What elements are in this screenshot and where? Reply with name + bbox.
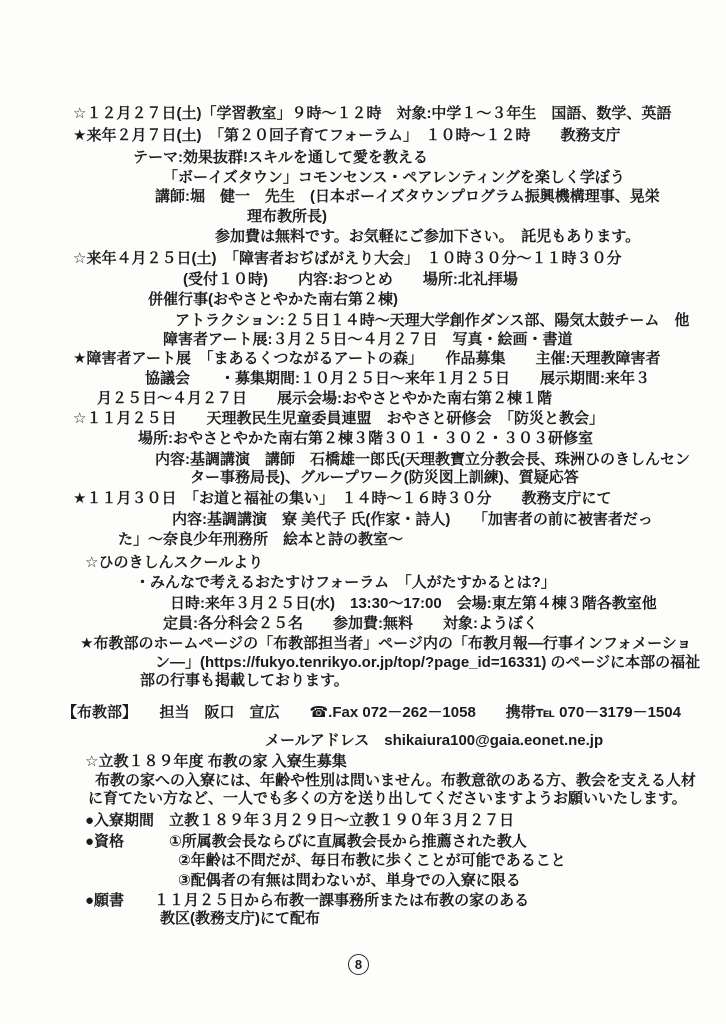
page-number: 8 (348, 954, 369, 975)
doc-line-event-art-exhibition: ★障害者アート展 「まあるくつながるアートの森」 作品募集 主催:天理教障害者 (73, 349, 661, 368)
doc-line-gathering-content: 内容:基調講演 寮 美代子 氏(作家・詩人) 「加害者の前に被害者だっ (172, 510, 653, 529)
doc-line-dormitory-application: ●願書 １１月２５日から布教一課事務所または布教の家のある (85, 891, 529, 910)
doc-line-email-address: メールアドレス shikaiura100@gaia.eonet.ne.jp (265, 731, 603, 750)
doc-line-dormitory-intro-cont: に育てたい方など、一人でも多くの方を送り出してくださいますようお願いいたします。 (88, 789, 687, 808)
doc-line-event-study-class: ☆１２月２７日(土)「学習教室」９時〜１２時 対象:中学１〜３年生 国語、数学、… (73, 104, 671, 123)
doc-line-otasuke-datetime: 日時:来年３月２５日(水) 13:30〜17:00 会場:東左第４棟３階各教室他 (170, 594, 657, 613)
doc-line-dormitory-application-cont: 教区(教務支庁)にて配布 (160, 909, 320, 928)
doc-line-dormitory-qualification2: ②年齢は不問だが、毎日布教に歩くことが可能であること (178, 851, 566, 870)
doc-line-dormitory-period: ●入寮期間 立教１８９年３月２９日〜立教１９０年３月２７日 (85, 811, 514, 830)
doc-line-forum-lecturer-cont: 理布教所長) (247, 207, 327, 226)
doc-line-forum-fee: 参加費は無料です。お気軽にご参加下さい。 託児もあります。 (215, 227, 640, 246)
doc-line-forum-subtitle: 「ボーイズタウン」コモンセンス・ペアレンティングを楽しく学ぼう (163, 168, 625, 187)
doc-line-otasuke-forum: ・みんなで考えるおたすけフォーラム 「人がたすかるとは?」 (135, 573, 556, 592)
doc-line-forum-lecturer: 講師:堀 健一 先生 (日本ボーイズタウンプログラム振興機構理事、晃栄 (155, 187, 660, 206)
doc-line-homepage-note-cont: 部の行事も掲載しております。 (140, 671, 349, 690)
doc-line-event-childcare-forum: ★来年２月７日(土) 「第２０回子育てフォーラム」 １０時〜１２時 教務支庁 (73, 126, 621, 145)
doc-line-art-exhibit-venue: 月２５日〜４月２７日 展示会場:おやさとやかた南右第２棟１階 (97, 389, 552, 408)
doc-line-seminar-content-cont: ター事務局長)、グループワーク(防災図上訓練)、質疑応答 (190, 468, 579, 487)
doc-line-dormitory-intro: 布教の家への入寮には、年齢や性別は問いません。布教意欲のある方、教会を支える人材 (95, 771, 696, 790)
doc-line-missionary-dept-header: 【布教部】 担当 阪口 宣広 ☎.Fax 072－262－1058 携帯℡ 07… (62, 703, 681, 722)
doc-line-homepage-note: ★布教部のホームページの「布教部担当者」ページ内の「布教月報―行事インフォメーシ… (80, 634, 692, 653)
doc-line-hinokishin-school: ☆ひのきしんスクールより (85, 553, 263, 572)
doc-line-event-welfare-gathering: ★１１月３０日 「お道と福祉の集い」 １４時〜１６時３０分 教務支庁にて (73, 489, 611, 508)
doc-line-rally-details: (受付１０時) 内容:おつとめ 場所:北礼拝場 (183, 270, 518, 289)
doc-line-rally-side-events: 併催行事(おやさとやかた南右第２棟) (148, 290, 398, 309)
doc-line-dormitory-recruit-title: ☆立教１８９年度 布教の家 入寮生募集 (85, 752, 347, 771)
doc-line-rally-attraction: アトラクション:２５日１４時〜天理大学創作ダンス部、陽気太鼓チーム 他 (175, 311, 689, 330)
doc-line-art-recruit-period: 協議会 ・募集期間:１０月２５日〜来年１月２５日 展示期間:来年３ (145, 369, 650, 388)
doc-line-event-disability-rally: ☆来年４月２５日(土) 「障害者おぢばがえり大会」 １０時３０分〜１１時３０分 (73, 249, 621, 268)
doc-line-seminar-place: 場所:おやさとやかた南右第２棟３階３０１・３０２・３０３研修室 (138, 429, 593, 448)
doc-line-event-disaster-seminar: ☆１１月２５日 天理教民生児童委員連盟 おやさと研修会 「防災と教会」 (73, 409, 604, 428)
doc-line-gathering-content-cont: た」〜奈良少年刑務所 絵本と詩の教室〜 (118, 530, 403, 549)
doc-line-dormitory-qualification3: ③配偶者の有無は問わないが、単身での入寮に限る (178, 871, 521, 890)
doc-line-homepage-url: ン―」(https://fukyo.tenrikyo.or.jp/top/?pa… (155, 653, 700, 672)
doc-line-otasuke-capacity: 定員:各分科会２５名 参加費:無料 対象:ようぼく (163, 614, 538, 633)
doc-line-dormitory-qualification1: ●資格 ①所属教会長ならびに直属教会長から推薦された教人 (85, 832, 527, 851)
scanned-document-page: ☆１２月２７日(土)「学習教室」９時〜１２時 対象:中学１〜３年生 国語、数学、… (0, 0, 726, 1024)
doc-line-forum-theme: テーマ:効果抜群!スキルを通して愛を教える (133, 148, 428, 167)
doc-line-rally-art-exhibit: 障害者アート展:３月２５日〜４月２７日 写真・絵画・書道 (163, 330, 573, 349)
doc-line-seminar-content: 内容:基調講演 講師 石橋雄一郎氏(天理教寶立分教会長、珠洲ひのきしんセン (155, 450, 690, 469)
